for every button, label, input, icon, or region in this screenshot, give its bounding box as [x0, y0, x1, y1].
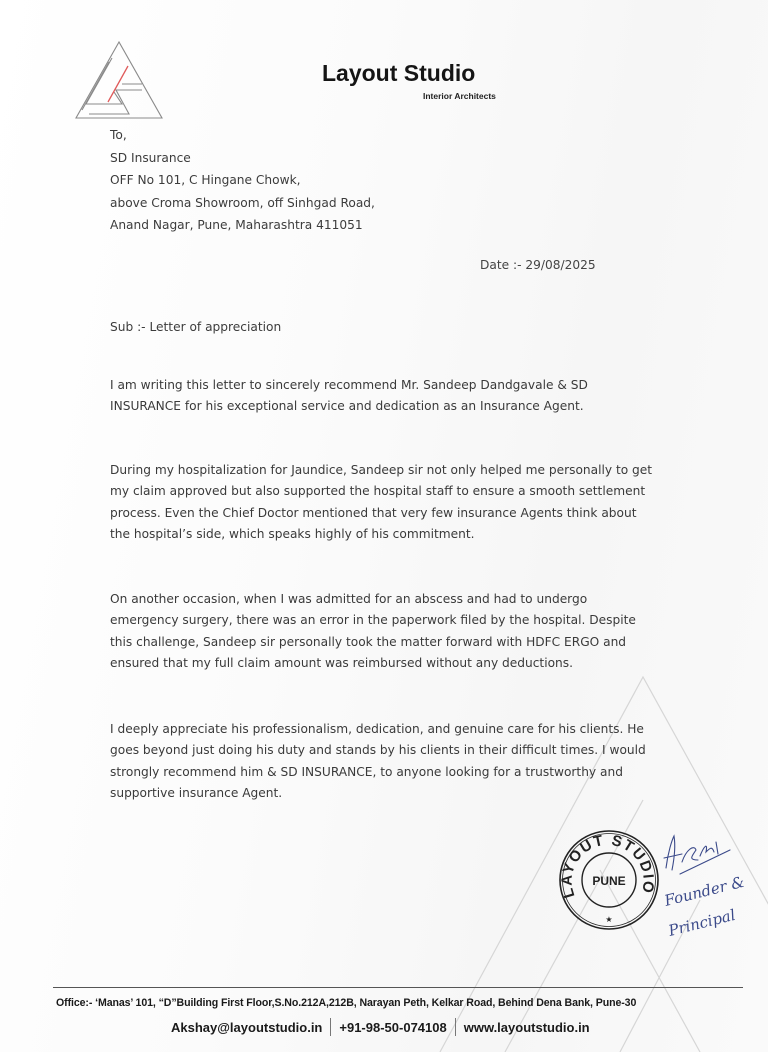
body-paragraph: I deeply appreciate his professionalism,… [110, 719, 700, 804]
recipient-address: To, SD Insurance OFF No 101, C Hingane C… [110, 124, 375, 237]
footer-office-address: Office:- ‘Manas’ 101, “D”Building First … [56, 997, 636, 1009]
footer-contacts: Akshay@layoutstudio.in +91-98-50-074108 … [171, 1018, 590, 1036]
recipient-line: Anand Nagar, Pune, Maharashtra 411051 [110, 214, 375, 237]
recipient-line: above Croma Showroom, off Sinhgad Road, [110, 192, 375, 215]
paragraph-line: supportive insurance Agent. [110, 783, 700, 804]
letter-subject: Sub :- Letter of appreciation [110, 320, 281, 334]
footer-separator [330, 1018, 331, 1036]
footer-separator [455, 1018, 456, 1036]
paragraph-line: process. Even the Chief Doctor mentioned… [110, 503, 700, 524]
recipient-line: OFF No 101, C Hingane Chowk, [110, 169, 375, 192]
paragraph-line: I am writing this letter to sincerely re… [110, 375, 700, 396]
paragraph-line: ensured that my full claim amount was re… [110, 653, 700, 674]
letter-date: Date :- 29/08/2025 [480, 258, 596, 272]
paragraph-line: the hospital’s side, which speaks highly… [110, 524, 700, 545]
body-paragraph: I am writing this letter to sincerely re… [110, 375, 700, 418]
seal-center-text: PUNE [592, 874, 625, 888]
footer-email-link[interactable]: Akshay@layoutstudio.in [171, 1020, 322, 1035]
company-seal-icon: LAYOUT STUDIO PUNE ★ [555, 826, 663, 934]
body-paragraph: During my hospitalization for Jaundice, … [110, 460, 700, 545]
paragraph-line: goes beyond just doing his duty and stan… [110, 740, 700, 761]
triangle-ls-logo-icon [74, 40, 164, 125]
signature-icon: Founder & Principal [660, 826, 768, 956]
paragraph-line: my claim approved but also supported the… [110, 481, 700, 502]
footer-divider [53, 987, 743, 988]
paragraph-line: emergency surgery, there was an error in… [110, 610, 700, 631]
salutation: To, [110, 124, 375, 147]
company-tagline: Interior Architects [423, 91, 496, 101]
footer-phone[interactable]: +91-98-50-074108 [339, 1020, 446, 1035]
seal-ring-text: LAYOUT STUDIO [559, 832, 658, 900]
paragraph-line: INSURANCE for his exceptional service an… [110, 396, 700, 417]
company-name: Layout Studio [322, 60, 475, 87]
signature-title-line2: Principal [666, 906, 738, 940]
paragraph-line: I deeply appreciate his professionalism,… [110, 719, 700, 740]
svg-text:★: ★ [605, 915, 612, 924]
paragraph-line: On another occasion, when I was admitted… [110, 589, 700, 610]
footer-website-link[interactable]: www.layoutstudio.in [464, 1020, 590, 1035]
recipient-line: SD Insurance [110, 147, 375, 170]
letter-page: Layout Studio Interior Architects To, SD… [0, 0, 768, 1052]
paragraph-line: strongly recommend him & SD INSURANCE, t… [110, 762, 700, 783]
body-paragraph: On another occasion, when I was admitted… [110, 589, 700, 674]
svg-text:LAYOUT STUDIO: LAYOUT STUDIO [559, 832, 658, 900]
paragraph-line: this challenge, Sandeep sir personally t… [110, 632, 700, 653]
paragraph-line: During my hospitalization for Jaundice, … [110, 460, 700, 481]
signature-title-line1: Founder & [662, 873, 747, 910]
